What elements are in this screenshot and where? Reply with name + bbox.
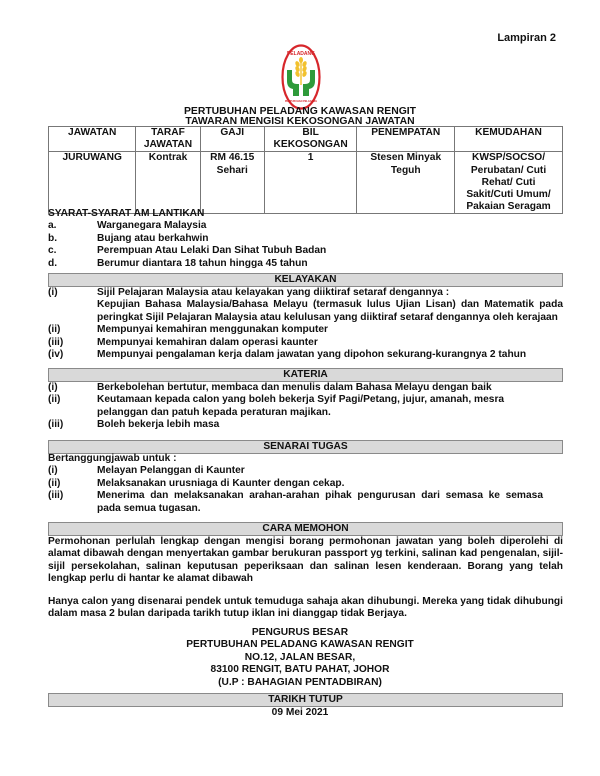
cell-gaji: RM 46.15 Sehari bbox=[200, 152, 264, 214]
list-item: peringkat Sijil Pelajaran Malaysia atau … bbox=[48, 312, 563, 324]
syarat-heading: SYARAT-SYARAT AM LANTIKAN bbox=[48, 208, 563, 220]
address-line: (U.P : BAHAGIAN PENTADBIRAN) bbox=[0, 677, 600, 689]
tarikh-heading: TARIKH TUTUP bbox=[48, 693, 563, 707]
item-text: Warganegara Malaysia bbox=[97, 220, 563, 232]
item-number: (ii) bbox=[48, 478, 97, 490]
item-text: peringkat Sijil Pelajaran Malaysia atau … bbox=[97, 312, 563, 324]
kateria-heading: KATERIA bbox=[48, 368, 563, 382]
item-text: Keutamaan kepada calon yang boleh bekerj… bbox=[97, 394, 563, 419]
item-text: Bujang atau berkahwin bbox=[97, 233, 563, 245]
col-penempatan: PENEMPATAN bbox=[357, 127, 455, 152]
list-item: (ii)Mempunyai kemahiran menggunakan komp… bbox=[48, 324, 563, 336]
tugas-heading: SENARAI TUGAS bbox=[48, 440, 563, 454]
col-gaji: GAJI bbox=[200, 127, 264, 152]
col-taraf-jawatan: TARAF JAWATAN bbox=[136, 127, 200, 152]
tugas-section: Bertanggungjawab untuk : (i)Melayan Pela… bbox=[48, 453, 563, 515]
table-header-row: JAWATAN TARAF JAWATAN GAJI BIL KEKOSONGA… bbox=[49, 127, 563, 152]
list-item: (i)Melayan Pelanggan di Kaunter bbox=[48, 465, 563, 477]
item-text: Mempunyai pengalaman kerja dalam jawatan… bbox=[97, 349, 563, 361]
item-number bbox=[48, 312, 97, 324]
item-text: Kepujian Bahasa Malaysia/Bahasa Melayu (… bbox=[97, 299, 563, 311]
list-item: (i)Sijil Pelajaran Malaysia atau kelayak… bbox=[48, 287, 563, 299]
col-kemudahan: KEMUDAHAN bbox=[455, 127, 563, 152]
cell-kemudahan: KWSP/SOCSO/ Perubatan/ Cuti Rehat/ Cuti … bbox=[455, 152, 563, 214]
item-text: Perempuan Atau Lelaki Dan Sihat Tubuh Ba… bbox=[97, 245, 563, 257]
cell-jawatan: JURUWANG bbox=[49, 152, 136, 214]
item-number: (ii) bbox=[48, 394, 97, 419]
address-line: NO.12, JALAN BESAR, bbox=[0, 652, 600, 664]
item-number: (iv) bbox=[48, 349, 97, 361]
tugas-intro: Bertanggungjawab untuk : bbox=[48, 453, 563, 465]
list-item: d.Berumur diantara 18 tahun hingga 45 ta… bbox=[48, 258, 563, 270]
list-item: b.Bujang atau berkahwin bbox=[48, 233, 563, 245]
col-jawatan: JAWATAN bbox=[49, 127, 136, 152]
item-number: (i) bbox=[48, 382, 97, 394]
item-number: (iii) bbox=[48, 419, 97, 431]
svg-text:PELADANG: PELADANG bbox=[287, 51, 315, 57]
item-number: (ii) bbox=[48, 324, 97, 336]
memohon-heading: CARA MEMOHON bbox=[48, 522, 563, 536]
item-number: (iii) bbox=[48, 337, 97, 349]
item-number: c. bbox=[48, 245, 97, 257]
list-item: (i)Berkebolehan bertutur, membaca dan me… bbox=[48, 382, 563, 394]
item-number: b. bbox=[48, 233, 97, 245]
list-item: a.Warganegara Malaysia bbox=[48, 220, 563, 232]
list-item: Kepujian Bahasa Malaysia/Bahasa Melayu (… bbox=[48, 299, 563, 311]
item-text: Berumur diantara 18 tahun hingga 45 tahu… bbox=[97, 258, 563, 270]
item-number bbox=[48, 299, 97, 311]
list-item: (ii)Keutamaan kepada calon yang boleh be… bbox=[48, 394, 563, 419]
closing-date: 09 Mei 2021 bbox=[0, 707, 600, 719]
vacancy-table: JAWATAN TARAF JAWATAN GAJI BIL KEKOSONGA… bbox=[48, 126, 563, 214]
list-item: (iii)Menerima dan melaksanakan arahan-ar… bbox=[48, 490, 563, 515]
cell-bil-kekosongan: 1 bbox=[264, 152, 357, 214]
item-number: a. bbox=[48, 220, 97, 232]
item-number: d. bbox=[48, 258, 97, 270]
item-number: (i) bbox=[48, 287, 97, 299]
svg-text:PERTUBUHAN PELADANG: PERTUBUHAN PELADANG bbox=[285, 100, 317, 103]
address-line: PENGURUS BESAR bbox=[0, 627, 600, 639]
list-item: (ii)Melaksanakan urusniaga di Kaunter de… bbox=[48, 478, 563, 490]
list-item: (iii)Boleh bekerja lebih masa bbox=[48, 419, 563, 431]
cell-penempatan: Stesen Minyak Teguh bbox=[357, 152, 455, 214]
memohon-paragraph: Permohonan perlulah lengkap dengan mengi… bbox=[48, 536, 563, 586]
item-text: Mempunyai kemahiran dalam operasi kaunte… bbox=[97, 337, 563, 349]
lampiran-label: Lampiran 2 bbox=[497, 32, 556, 44]
kateria-section: (i)Berkebolehan bertutur, membaca dan me… bbox=[48, 382, 563, 432]
table-row: JURUWANG Kontrak RM 46.15 Sehari 1 Stese… bbox=[49, 152, 563, 214]
list-item: (iv)Mempunyai pengalaman kerja dalam jaw… bbox=[48, 349, 563, 361]
kelayakan-heading: KELAYAKAN bbox=[48, 273, 563, 287]
item-text: Menerima dan melaksanakan arahan-arahan … bbox=[97, 490, 563, 515]
item-text: Sijil Pelajaran Malaysia atau kelayakan … bbox=[97, 287, 563, 299]
item-text: Boleh bekerja lebih masa bbox=[97, 419, 563, 431]
item-number: (i) bbox=[48, 465, 97, 477]
col-bil-kekosongan: BIL KEKOSONGAN bbox=[264, 127, 357, 152]
address-line: PERTUBUHAN PELADANG KAWASAN RENGIT bbox=[0, 639, 600, 651]
item-text: Mempunyai kemahiran menggunakan komputer bbox=[97, 324, 563, 336]
syarat-section: SYARAT-SYARAT AM LANTIKAN a.Warganegara … bbox=[48, 208, 563, 270]
item-text: Melaksanakan urusniaga di Kaunter dengan… bbox=[97, 478, 563, 490]
memohon-note: Hanya calon yang disenarai pendek untuk … bbox=[48, 596, 563, 621]
kelayakan-section: (i)Sijil Pelajaran Malaysia atau kelayak… bbox=[48, 287, 563, 361]
pertubuhan-peladang-logo-icon: PELADANG PERTUBUHAN PELADANG bbox=[281, 44, 321, 110]
address-block: PENGURUS BESAR PERTUBUHAN PELADANG KAWAS… bbox=[0, 627, 600, 689]
item-text: Berkebolehan bertutur, membaca dan menul… bbox=[97, 382, 563, 394]
cell-taraf-jawatan: Kontrak bbox=[136, 152, 200, 214]
list-item: c.Perempuan Atau Lelaki Dan Sihat Tubuh … bbox=[48, 245, 563, 257]
item-text: Melayan Pelanggan di Kaunter bbox=[97, 465, 563, 477]
address-line: 83100 RENGIT, BATU PAHAT, JOHOR bbox=[0, 664, 600, 676]
item-number: (iii) bbox=[48, 490, 97, 515]
list-item: (iii)Mempunyai kemahiran dalam operasi k… bbox=[48, 337, 563, 349]
